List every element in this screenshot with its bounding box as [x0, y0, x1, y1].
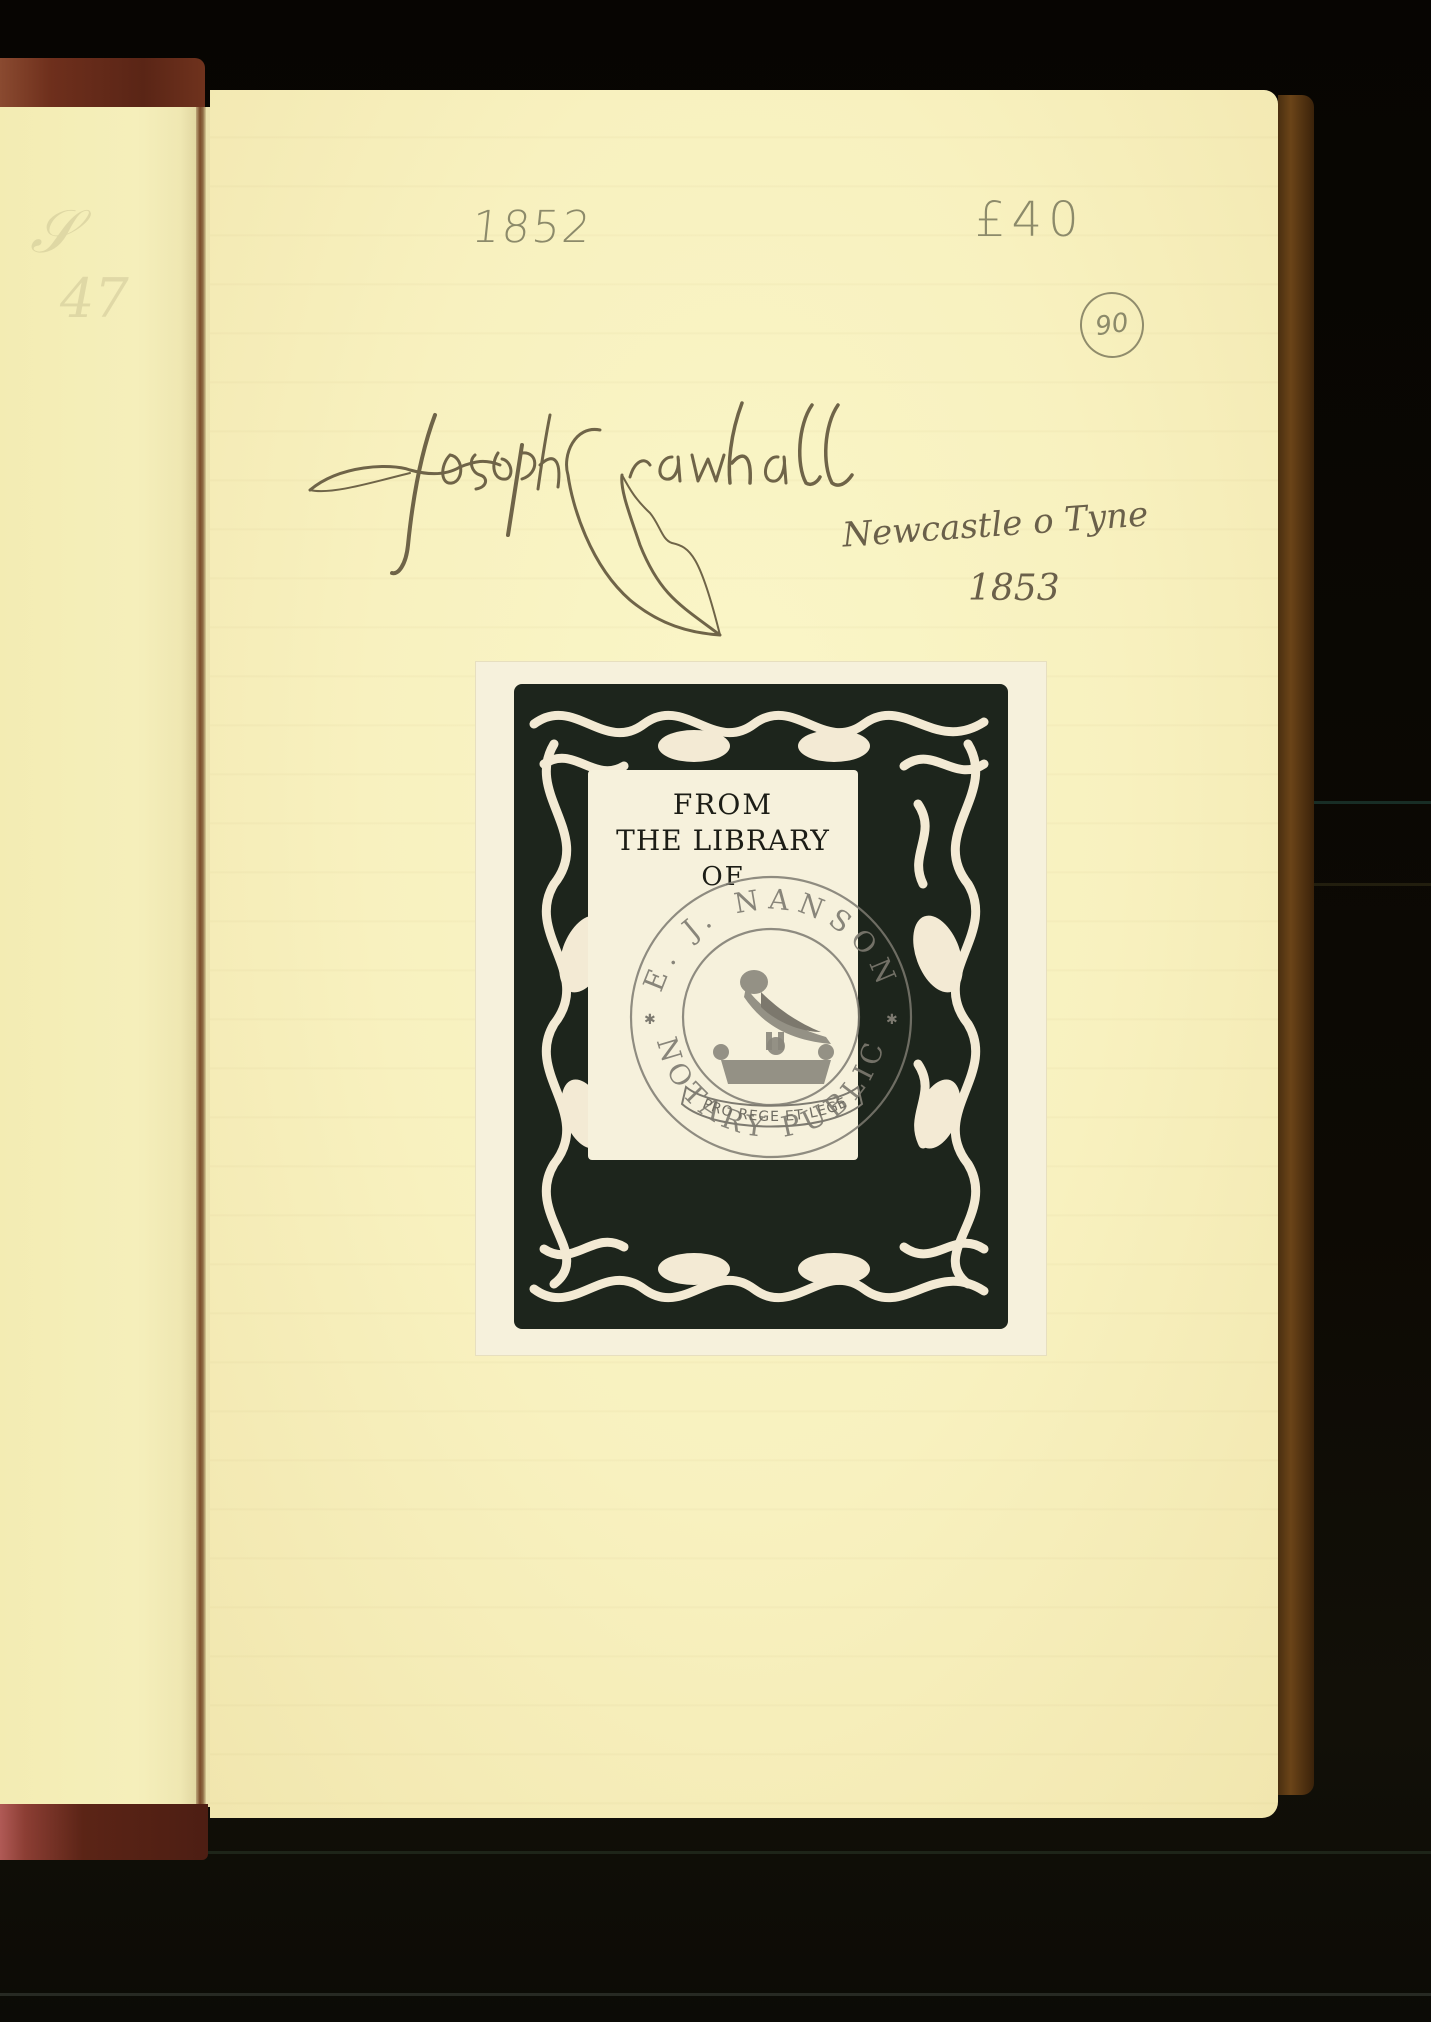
stamp-star-icon: ✱ — [644, 1012, 656, 1028]
faint-offset-mark: 47 — [60, 267, 129, 330]
left-flyleaf-page: 𝒮 47 — [0, 107, 196, 1807]
book-gutter — [196, 107, 206, 1807]
stamp-name-text: E. J. NANSON — [637, 882, 906, 996]
signature-year: 1853 — [968, 568, 1060, 609]
binding-edge-top — [0, 58, 205, 110]
bookplate-line-from: FROM — [588, 788, 858, 821]
bookplate-line-library: THE LIBRARY — [588, 824, 858, 857]
scan-artifact-line — [0, 1993, 1431, 1996]
notary-stamp-icon: E. J. NANSON NOTARY PUBLIC ✱ ✱ PRO REGE … — [626, 872, 916, 1162]
page-fore-edge — [1278, 95, 1314, 1795]
pencil-price-annotation: £40 — [975, 192, 1085, 248]
pencil-year-annotation: 1852 — [469, 202, 594, 253]
bird-crest-icon — [740, 970, 831, 1050]
svg-text:E. J. NANSON: E. J. NANSON — [637, 882, 906, 996]
lot-number: 90 — [1094, 308, 1131, 342]
faint-offset-mark: 𝒮 — [30, 197, 76, 267]
binding-edge-bottom — [0, 1804, 208, 1860]
scan-artifact-line — [0, 1851, 1431, 1854]
bookplate: FROM THE LIBRARY OF E. J. NANSON NOTARY … — [476, 662, 1046, 1355]
crown-icon — [713, 1037, 834, 1084]
stamp-star-icon: ✱ — [886, 1012, 898, 1028]
